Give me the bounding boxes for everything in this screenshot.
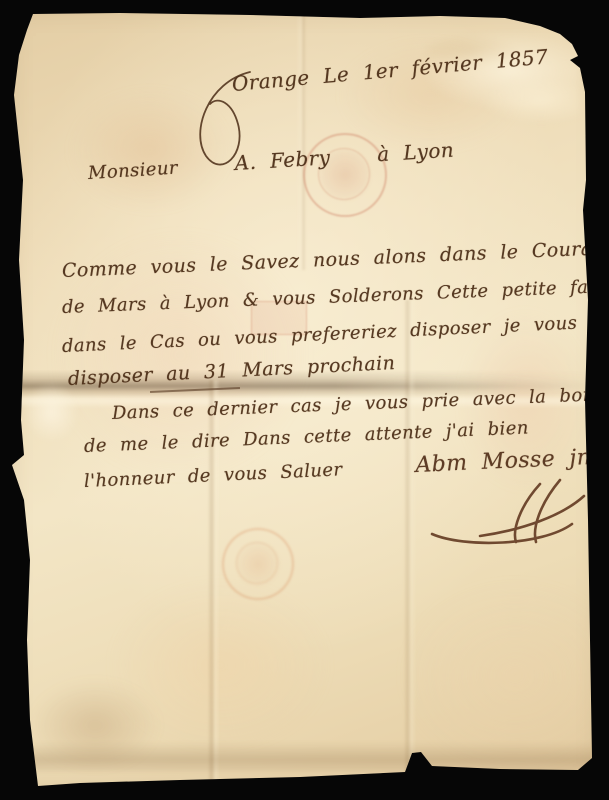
paper-edge-shading [0, 0, 609, 800]
photo-of-letter: Orange Le 1er février 1857 Monsieur A. F… [0, 0, 609, 800]
letter-paper-sheet: Orange Le 1er février 1857 Monsieur A. F… [0, 0, 609, 800]
